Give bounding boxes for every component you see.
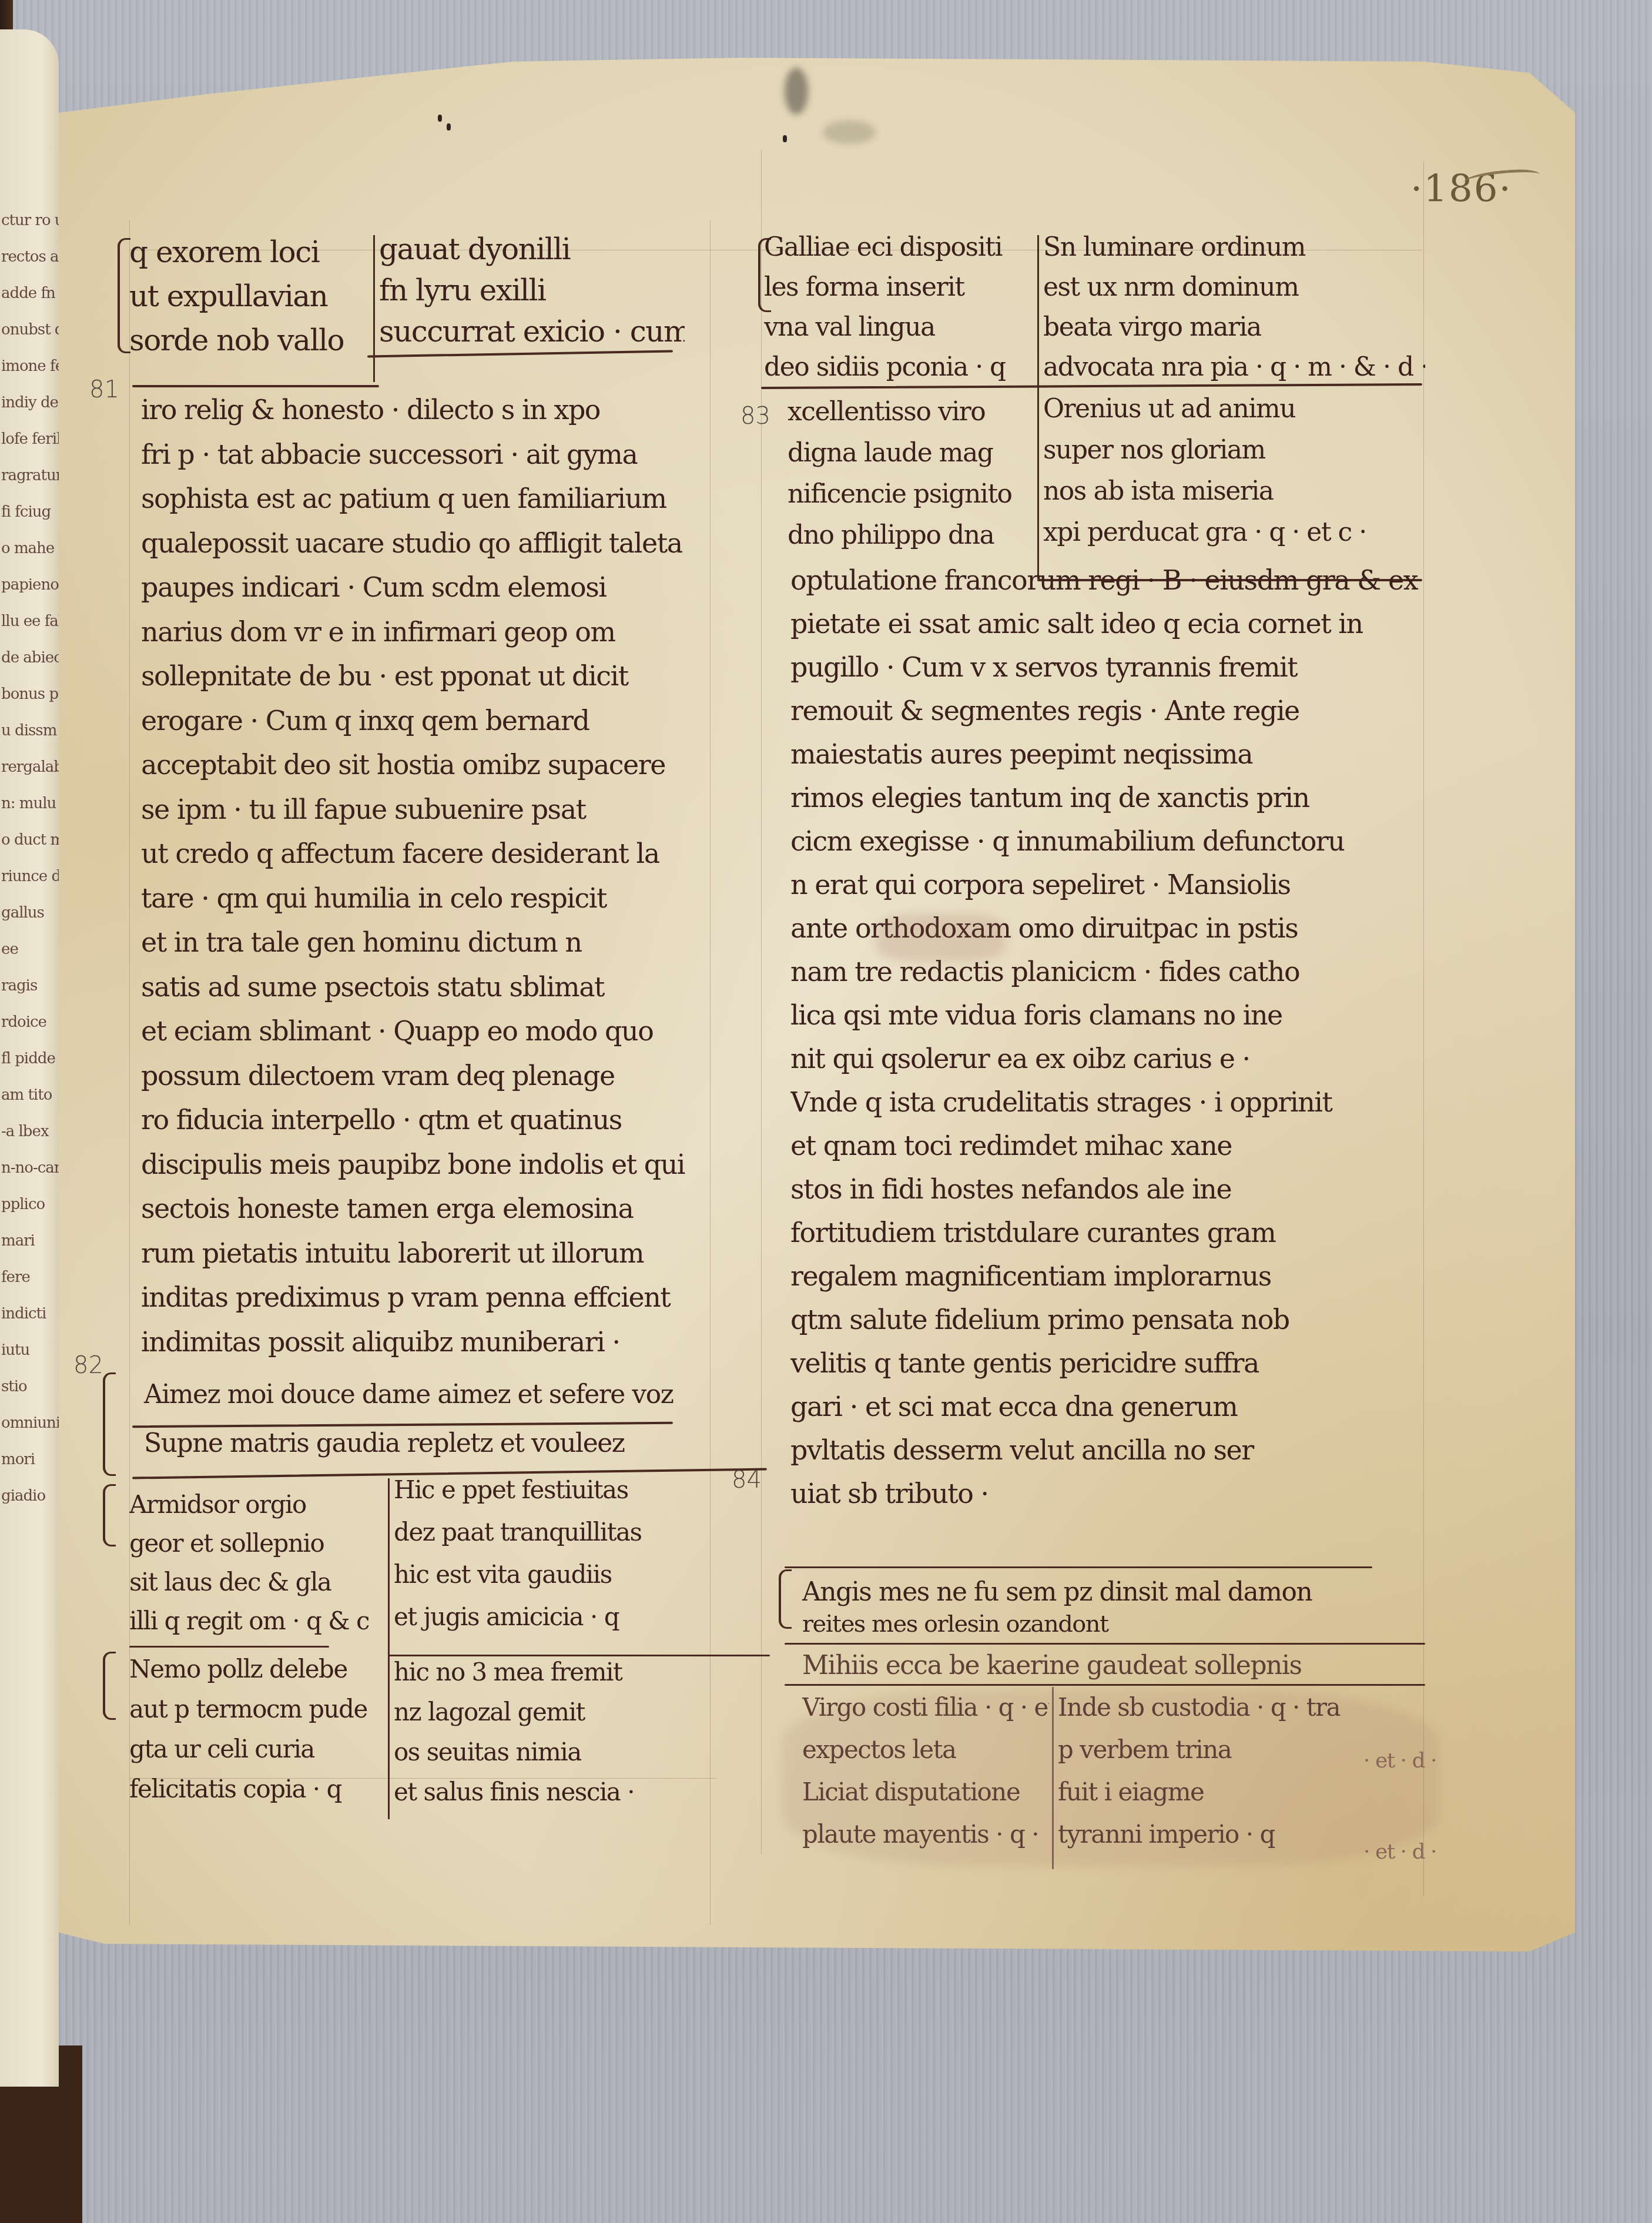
facing-page-line: fere: [1, 1268, 30, 1286]
ink-smudge: [823, 120, 876, 144]
manuscript-line: indimitas possit aliquibz muniberari ·: [141, 1326, 723, 1358]
manuscript-line: sectois honeste tamen erga elemosina: [141, 1193, 723, 1224]
rule-verse-82: [132, 1422, 673, 1428]
manuscript-line: aut p termocm pude: [129, 1695, 388, 1723]
margin-cue: · et · d ·: [1363, 1840, 1436, 1864]
margin-number-81: 81: [89, 376, 119, 403]
facing-page-line: ctur ro uleve: [1, 212, 59, 229]
manuscript-line: et eciam sblimant · Quapp eo modo quo: [141, 1015, 723, 1047]
verse-82-line-2: Supne matris gaudia repletz et vouleez: [144, 1428, 624, 1458]
facing-page-line: giadio: [1, 1487, 45, 1505]
manuscript-line: remouit & segmentes regis · Ante regie: [790, 695, 1431, 727]
ink-dot: [447, 123, 451, 130]
facing-page-line: mori: [1, 1451, 35, 1468]
manuscript-line: qtm salute fidelium primo pensata nob: [790, 1304, 1431, 1335]
manuscript-line: possum dilectoem vram deq plenage: [141, 1060, 723, 1092]
margin-cue: · et · d ·: [1363, 1749, 1436, 1773]
manuscript-line: plaute mayentis · q ·: [802, 1820, 1049, 1849]
facing-page-line: ragis: [1, 977, 37, 995]
manuscript-line: uiat sb tributo ·: [790, 1478, 1431, 1509]
ink-dot: [438, 115, 442, 122]
manuscript-line: advocata nra pia · q · m · & · d ·: [1043, 352, 1425, 382]
manuscript-line: rum pietatis intuitu laborerit ut illoru…: [141, 1237, 723, 1269]
manuscript-line: pvltatis desserm velut ancilla no ser: [790, 1434, 1431, 1466]
facing-page-line: o duct ma et: [1, 831, 59, 849]
manuscript-line: et jugis amicicia · q: [394, 1602, 758, 1631]
facing-page-line: omniuni: [1, 1414, 59, 1432]
facing-page-line: rdoice: [1, 1013, 46, 1031]
facing-page-line: gallus: [1, 904, 44, 922]
opening-bracket: [118, 238, 130, 353]
manuscript-line: Hic e ppet festiuitas: [394, 1475, 758, 1504]
facing-page-line: rectos ade.: [1, 248, 59, 266]
manuscript-folio: ·186· q exorem lociut expullaviansorde n…: [59, 56, 1575, 1951]
manuscript-line: stos in fidi hostes nefandos ale ine: [790, 1173, 1431, 1205]
manuscript-line: Liciat disputatione: [802, 1777, 1049, 1806]
facing-page-line: fi fciug: [1, 503, 51, 521]
manuscript-line: pugillo · Cum v x servos tyrannis fremit: [790, 651, 1431, 683]
manuscript-line: os seuitas nimia: [394, 1737, 758, 1766]
manuscript-line: tyranni imperio · q: [1058, 1820, 1363, 1849]
manuscript-line: regalem magnificentiam implorarnus: [790, 1260, 1431, 1292]
manuscript-line: velitis q tante gentis pericidre suffra: [790, 1347, 1431, 1379]
manuscript-line: p verbem trina: [1058, 1735, 1363, 1764]
facing-page-line: lofe ferib: [1, 430, 59, 448]
facing-page-line: ragratur: [1, 467, 59, 484]
manuscript-line: iro relig & honesto · dilecto s in xpo: [141, 394, 723, 426]
manuscript-line: Sn luminare ordinum: [1043, 232, 1425, 262]
manuscript-line: Galliae eci dispositi: [764, 232, 1028, 262]
manuscript-line: fortitudiem tristdulare curantes gram: [790, 1217, 1431, 1248]
manuscript-line: xpi perducat gra · q · et c ·: [1043, 517, 1425, 547]
manuscript-line: illi q regit om · q & c: [129, 1606, 382, 1635]
manuscript-line: Inde sb custodia · q · tra: [1058, 1693, 1363, 1722]
manuscript-line: hic est vita gaudiis: [394, 1560, 758, 1589]
manuscript-line: ut expullavian: [129, 279, 370, 313]
margin-number-82: 82: [73, 1352, 103, 1379]
manuscript-line: gari · et sci mat ecca dna generum: [790, 1391, 1431, 1422]
rule-verse-84: [785, 1684, 1425, 1686]
manuscript-line: vna val lingua: [764, 312, 1028, 342]
manuscript-line: digna laude mag: [788, 438, 1037, 468]
manuscript-line: qualepossit uacare studio qo affligit ta…: [141, 527, 723, 559]
manuscript-line: n erat qui corpora sepeliret · Mansiolis: [790, 869, 1431, 900]
facing-page-line: n: mulu be: [1, 795, 59, 812]
manuscript-line: discipulis meis paupibz bone indolis et …: [141, 1149, 723, 1180]
margin-number-84: 84: [732, 1467, 762, 1494]
facing-page-line: am tito: [1, 1086, 52, 1104]
facing-page-line: indicti: [1, 1305, 46, 1323]
manuscript-line: Armidsor orgio: [129, 1490, 382, 1519]
manuscript-line: super nos gloriam: [1043, 435, 1425, 465]
manuscript-line: et qnam toci redimdet mihac xane: [790, 1130, 1431, 1161]
manuscript-line: acceptabit deo sit hostia omibz supacere: [141, 749, 723, 781]
parchment-stain: [876, 914, 1005, 961]
verse-84-line-3: Mihiis ecca be kaerine gaudeat sollepnis: [802, 1650, 1302, 1680]
manuscript-line: erogare · Cum q inxq qem bernard: [141, 705, 723, 736]
manuscript-line: ut credo q affectum facere desiderant la: [141, 838, 723, 869]
manuscript-line: fn lyru exilli: [379, 273, 685, 307]
manuscript-line: q exorem loci: [129, 235, 370, 269]
manuscript-line: Orenius ut ad animu: [1043, 394, 1425, 424]
manuscript-line: se ipm · tu ill fapue subuenire psat: [141, 794, 723, 825]
facing-page-line: onubst qpm: [1, 321, 59, 339]
verse-grid-bracket: [103, 1484, 116, 1546]
rule-verse-84: [785, 1643, 1425, 1645]
rule-under-right-opening-box: [761, 383, 1422, 389]
manuscript-line: succurrat exicio · cum: [379, 314, 685, 349]
manuscript-line: dez paat tranquillitas: [394, 1518, 758, 1546]
manuscript-line: gauat dyonilli: [379, 232, 685, 266]
ink-smudge: [785, 68, 808, 115]
facing-page-line: n-no-carti: [1, 1159, 59, 1177]
facing-page-line: o mahe: [1, 540, 54, 557]
manuscript-line: Nemo pollz delebe: [129, 1655, 388, 1683]
manuscript-line: satis ad sume psectois statu sblimat: [141, 971, 723, 1003]
manuscript-line: gta ur celi curia: [129, 1735, 388, 1763]
manuscript-line: Vnde q ista crudelitatis strages · i opp…: [790, 1086, 1431, 1118]
manuscript-line: et in tra tale gen hominu dictum n: [141, 926, 723, 958]
manuscript-line: nificencie psignito: [788, 479, 1037, 509]
verse-84-line-2: reites mes orlesin ozandont: [802, 1611, 1108, 1638]
manuscript-line: lica qsi mte vidua foris clamans no ine: [790, 999, 1431, 1031]
manuscript-line: nos ab ista miseria: [1043, 476, 1425, 506]
manuscript-line: tare · qm qui humilia in celo respicit: [141, 882, 723, 914]
facing-page-line: indiy dese: [1, 394, 59, 411]
manuscript-line: deo sidiis pconia · q: [764, 352, 1028, 382]
verse-grid-divider-right: [1052, 1687, 1054, 1869]
verse-82-bracket: [103, 1372, 116, 1476]
margin-number-83: 83: [740, 403, 770, 430]
facing-page-line: de abiecti: [1, 649, 59, 667]
facing-page-edge: ctur ro uleverectos ade.adde fn lapinyon…: [0, 29, 59, 2087]
verse-grid-bracket: [103, 1652, 116, 1720]
facing-page-line: pplico: [1, 1196, 45, 1213]
manuscript-line: et salus finis nescia ·: [394, 1777, 758, 1806]
manuscript-line: nz lagozal gemit: [394, 1698, 758, 1726]
facing-page-line: stio: [1, 1378, 27, 1395]
verse-84-line-1: Angis mes ne fu sem pz dinsit mal damon: [802, 1577, 1312, 1607]
facing-page-line: u dissm: [1, 722, 56, 739]
ink-dot: [783, 135, 787, 142]
verse-84-bracket: [779, 1569, 792, 1629]
manuscript-line: geor et sollepnio: [129, 1529, 382, 1558]
manuscript-line: expectos leta: [802, 1735, 1049, 1764]
rule-under-opening-box: [367, 350, 673, 357]
manuscript-line: cicm exegisse · q innumabilium defunctor…: [790, 825, 1431, 857]
facing-page-line: ee: [1, 940, 18, 958]
manuscript-line: sit laus dec & gla: [129, 1568, 382, 1596]
facing-page-line: adde fn lapiny: [1, 284, 59, 302]
manuscript-line: optulatione francorum regi · B · eiusdm …: [790, 564, 1431, 596]
manuscript-line: Virgo costi filia · q · et c: [802, 1693, 1049, 1722]
manuscript-line: fuit i eiagme: [1058, 1777, 1363, 1806]
manuscript-line: maiestatis aures peepimt neqissima: [790, 738, 1431, 770]
manuscript-line: ro fiducia interpello · qtm et quatinus: [141, 1104, 723, 1136]
manuscript-line: hic no 3 mea fremit: [394, 1658, 758, 1686]
rule-verse-grid-left: [129, 1646, 329, 1648]
manuscript-line: nit qui qsolerur ea ex oibz carius e ·: [790, 1043, 1431, 1074]
facing-page-line: -a lbex: [1, 1123, 49, 1140]
manuscript-line: sollepnitate de bu · est pponat ut dicit: [141, 660, 723, 692]
facing-page-line: llu ee falfa: [1, 612, 59, 630]
manuscript-line: les forma inserit: [764, 272, 1028, 302]
facing-page-line: mari: [1, 1232, 35, 1250]
manuscript-line: est ux nrm dominum: [1043, 272, 1425, 302]
facing-page-line: papieno/re: [1, 576, 59, 594]
manuscript-line: inditas prediximus p vram penna effcient: [141, 1281, 723, 1313]
facing-page-line: imone fe: [1, 357, 59, 375]
manuscript-line: beata virgo maria: [1043, 312, 1425, 342]
rule-under-opening-box: [132, 385, 379, 387]
facing-page-line: bonus pua: [1, 685, 59, 703]
manuscript-line: nam tre redactis planicicm · fides catho: [790, 956, 1431, 987]
manuscript-line: xcellentisso viro: [788, 397, 1037, 427]
manuscript-line: sophista est ac patium q uen familiarium: [141, 483, 723, 514]
manuscript-line: rimos elegies tantum inq de xanctis prin: [790, 782, 1431, 813]
facing-page-line: fl pidde: [1, 1050, 55, 1067]
manuscript-line: dno philippo dna: [788, 520, 1037, 550]
verse-grid-divider: [388, 1478, 390, 1819]
column-divider-right: [1037, 235, 1039, 579]
rule-verse-grid-right: [388, 1655, 770, 1656]
manuscript-line: pietate ei ssat amic salt ideo q ecia co…: [790, 608, 1431, 640]
facing-page-line: rergalabas: [1, 758, 59, 776]
column-divider: [373, 235, 375, 382]
verse-82-line-1: Aimez moi douce dame aimez et sefere voz: [144, 1380, 673, 1410]
manuscript-line: paupes indicari · Cum scdm elemosi: [141, 571, 723, 603]
manuscript-line: fri p · tat abbacie successori · ait gym…: [141, 438, 723, 470]
facing-page-line: iutu: [1, 1341, 29, 1359]
rule-verse-84: [785, 1566, 1372, 1568]
manuscript-line: narius dom vr e in infirmari geop om: [141, 616, 723, 648]
manuscript-line: sorde nob vallo: [129, 323, 370, 357]
facing-page-line: riunce duos: [1, 868, 59, 885]
manuscript-line: felicitatis copia · q: [129, 1775, 388, 1803]
